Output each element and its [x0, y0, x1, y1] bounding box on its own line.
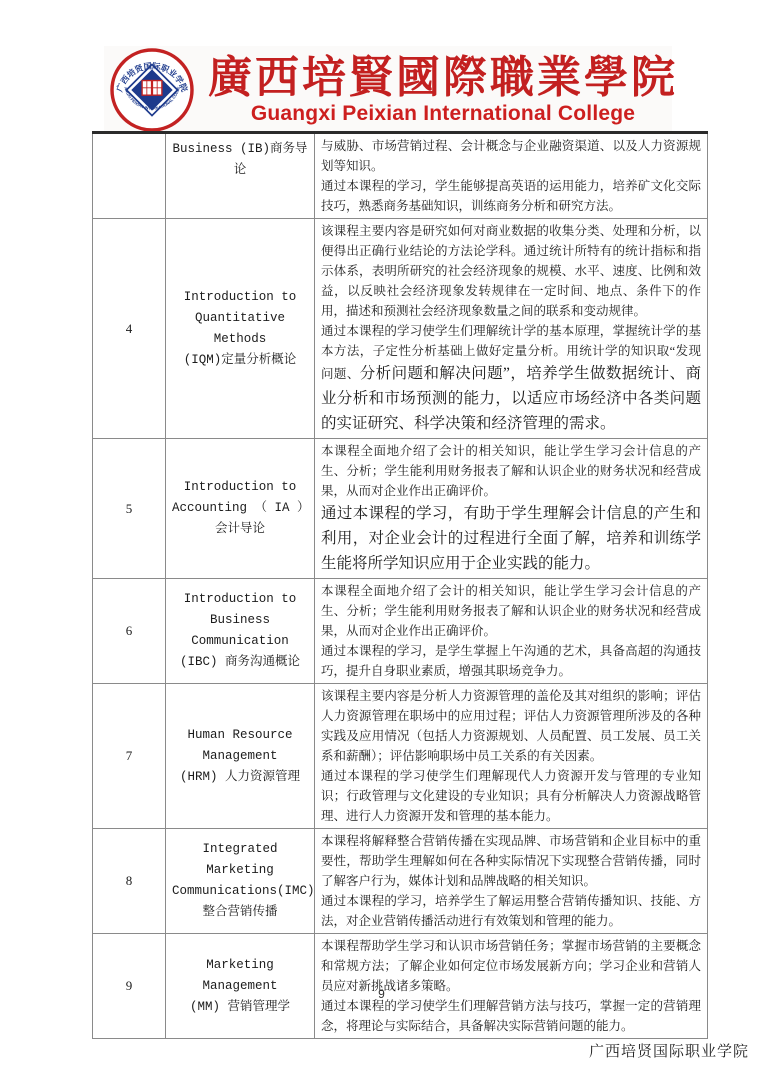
college-header: 广西培贤国际职业学院 GUANGXI PEIXIAN INTERNATIONAL…: [104, 46, 672, 134]
footer-college-name: 广西培贤国际职业学院: [589, 1040, 749, 1061]
course-name-cell: Marketing Management(MM) 营销管理学: [166, 934, 315, 1039]
course-description-cell: 本课程全面地介绍了会计的相关知识，能让学生学习会计信息的产生、分析；学生能利用财…: [315, 439, 708, 579]
course-name-line: Introduction to: [172, 589, 308, 610]
description-paragraph: 通过本课程的学习，培养学生了解运用整合营销传播知识、技能、方法，对企业营销传播活…: [321, 891, 701, 931]
description-paragraph: 本课程全面地介绍了会计的相关知识，能让学生学习会计信息的产生、分析；学生能利用财…: [321, 441, 701, 501]
open-book-icon: [142, 81, 162, 96]
course-description-cell: 与威胁、市场营销过程、会计概念与企业融资渠道、以及人力资源规划等知识。通过本课程…: [315, 133, 708, 219]
course-name-line: Communications(IMC): [172, 881, 308, 902]
course-name-line: Business Communication: [172, 610, 308, 652]
course-number-cell: 6: [93, 579, 166, 684]
course-name-cell: Business (IB)商务导论: [166, 133, 315, 219]
table-row: 8Integrated MarketingCommunications(IMC)…: [93, 829, 708, 934]
course-name-line: 整合营销传播: [172, 902, 308, 923]
course-name-line: Human Resource: [172, 725, 308, 746]
table-row: 4Introduction toQuantitative Methods(IQM…: [93, 219, 708, 439]
description-paragraph: 本课程将解释整合营销传播在实现品牌、市场营销和企业目标中的重要性，帮助学生理解如…: [321, 831, 701, 891]
course-name-line: Introduction to: [172, 477, 308, 498]
course-name-cell: Introduction toQuantitative Methods(IQM)…: [166, 219, 315, 439]
page-number: 9: [0, 987, 763, 1001]
course-name-line: Quantitative Methods: [172, 308, 308, 350]
course-name-line: (HRM) 人力资源管理: [172, 767, 308, 788]
course-name-line: Business (IB)商务导: [172, 139, 308, 160]
course-description-cell: 本课程将解释整合营销传播在实现品牌、市场营销和企业目标中的重要性，帮助学生理解如…: [315, 829, 708, 934]
course-name-line: Management: [172, 746, 308, 767]
description-paragraph: 通过本课程的学习，有助于学生理解会计信息的产生和利用，对企业会计的过程进行全面了…: [321, 501, 701, 576]
course-number-cell: 5: [93, 439, 166, 579]
table-row: Business (IB)商务导论与威胁、市场营销过程、会计概念与企业融资渠道、…: [93, 133, 708, 219]
table-row: 7Human ResourceManagement(HRM) 人力资源管理该课程…: [93, 684, 708, 829]
course-name-line: (IBC) 商务沟通概论: [172, 652, 308, 673]
college-titles: 廣西培賢國際職業學院 Guangxi Peixian International…: [208, 54, 678, 126]
description-paragraph: 本课程全面地介绍了会计的相关知识，能让学生学习会计信息的产生、分析；学生能利用财…: [321, 581, 701, 641]
college-name-chinese: 廣西培賢國際職業學院: [208, 54, 678, 102]
description-paragraph: 通过本课程的学习，学生能够提高英语的运用能力，培养矿文化交际技巧，熟悉商务基础知…: [321, 176, 701, 216]
description-paragraph: 与威胁、市场营销过程、会计概念与企业融资渠道、以及人力资源规划等知识。: [321, 136, 701, 176]
course-name-line: Accounting （ IA ）: [172, 498, 308, 519]
course-number-cell: 8: [93, 829, 166, 934]
course-name-line: Integrated Marketing: [172, 839, 308, 881]
course-name-cell: Human ResourceManagement(HRM) 人力资源管理: [166, 684, 315, 829]
course-number-cell: 9: [93, 934, 166, 1039]
table-row: 9Marketing Management(MM) 营销管理学本课程帮助学生学习…: [93, 934, 708, 1039]
course-name-line: Introduction to: [172, 287, 308, 308]
course-table-body: Business (IB)商务导论与威胁、市场营销过程、会计概念与企业融资渠道、…: [93, 133, 708, 1039]
course-number-cell: 4: [93, 219, 166, 439]
table-row: 6Introduction toBusiness Communication(I…: [93, 579, 708, 684]
document-page: 广西培贤国际职业学院 GUANGXI PEIXIAN INTERNATIONAL…: [0, 0, 763, 1080]
course-description-cell: 本课程全面地介绍了会计的相关知识，能让学生学习会计信息的产生、分析；学生能利用财…: [315, 579, 708, 684]
course-description-cell: 该课程主要内容是分析人力资源管理的盖伦及其对组织的影响；评估人力资源管理在职场中…: [315, 684, 708, 829]
table-row: 5Introduction toAccounting （ IA ）会计导论本课程…: [93, 439, 708, 579]
description-paragraph: 通过本课程的学习使学生们理解现代人力资源开发与管理的专业知识；行政管理与文化建设…: [321, 766, 701, 826]
course-description-cell: 本课程帮助学生学习和认识市场营销任务；掌握市场营销的主要概念和常规方法；了解企业…: [315, 934, 708, 1039]
course-number-cell: [93, 133, 166, 219]
college-name-english: Guangxi Peixian International College: [208, 102, 678, 126]
description-paragraph: 该课程主要内容是分析人力资源管理的盖伦及其对组织的影响；评估人力资源管理在职场中…: [321, 686, 701, 766]
course-description-cell: 该课程主要内容是研究如何对商业数据的收集分类、处理和分析，以便得出正确行业结论的…: [315, 219, 708, 439]
description-paragraph: 通过本课程的学习，是学生掌握上午沟通的艺术，具备高超的沟通技巧，提升自身职业素质…: [321, 641, 701, 681]
description-paragraph: 该课程主要内容是研究如何对商业数据的收集分类、处理和分析，以便得出正确行业结论的…: [321, 221, 701, 321]
course-name-cell: Introduction toBusiness Communication(IB…: [166, 579, 315, 684]
course-name-line: 会计导论: [172, 519, 308, 540]
course-number-cell: 7: [93, 684, 166, 829]
college-logo: 广西培贤国际职业学院 GUANGXI PEIXIAN INTERNATIONAL…: [108, 48, 196, 132]
course-name-cell: Integrated MarketingCommunications(IMC)整…: [166, 829, 315, 934]
description-paragraph: 通过本课程的学习使学生们理解统计学的基本原理，掌握统计学的基本方法，子定性分析基…: [321, 321, 701, 436]
course-name-cell: Introduction toAccounting （ IA ）会计导论: [166, 439, 315, 579]
course-name-line: 论: [172, 160, 308, 181]
description-paragraph: 通过本课程的学习使学生们理解营销方法与技巧，掌握一定的营销理念，将理论与实际结合…: [321, 996, 701, 1036]
course-table: Business (IB)商务导论与威胁、市场营销过程、会计概念与企业融资渠道、…: [92, 131, 708, 1039]
course-name-line: (IQM)定量分析概论: [172, 350, 308, 371]
college-seal-icon: 广西培贤国际职业学院 GUANGXI PEIXIAN INTERNATIONAL…: [109, 47, 195, 133]
